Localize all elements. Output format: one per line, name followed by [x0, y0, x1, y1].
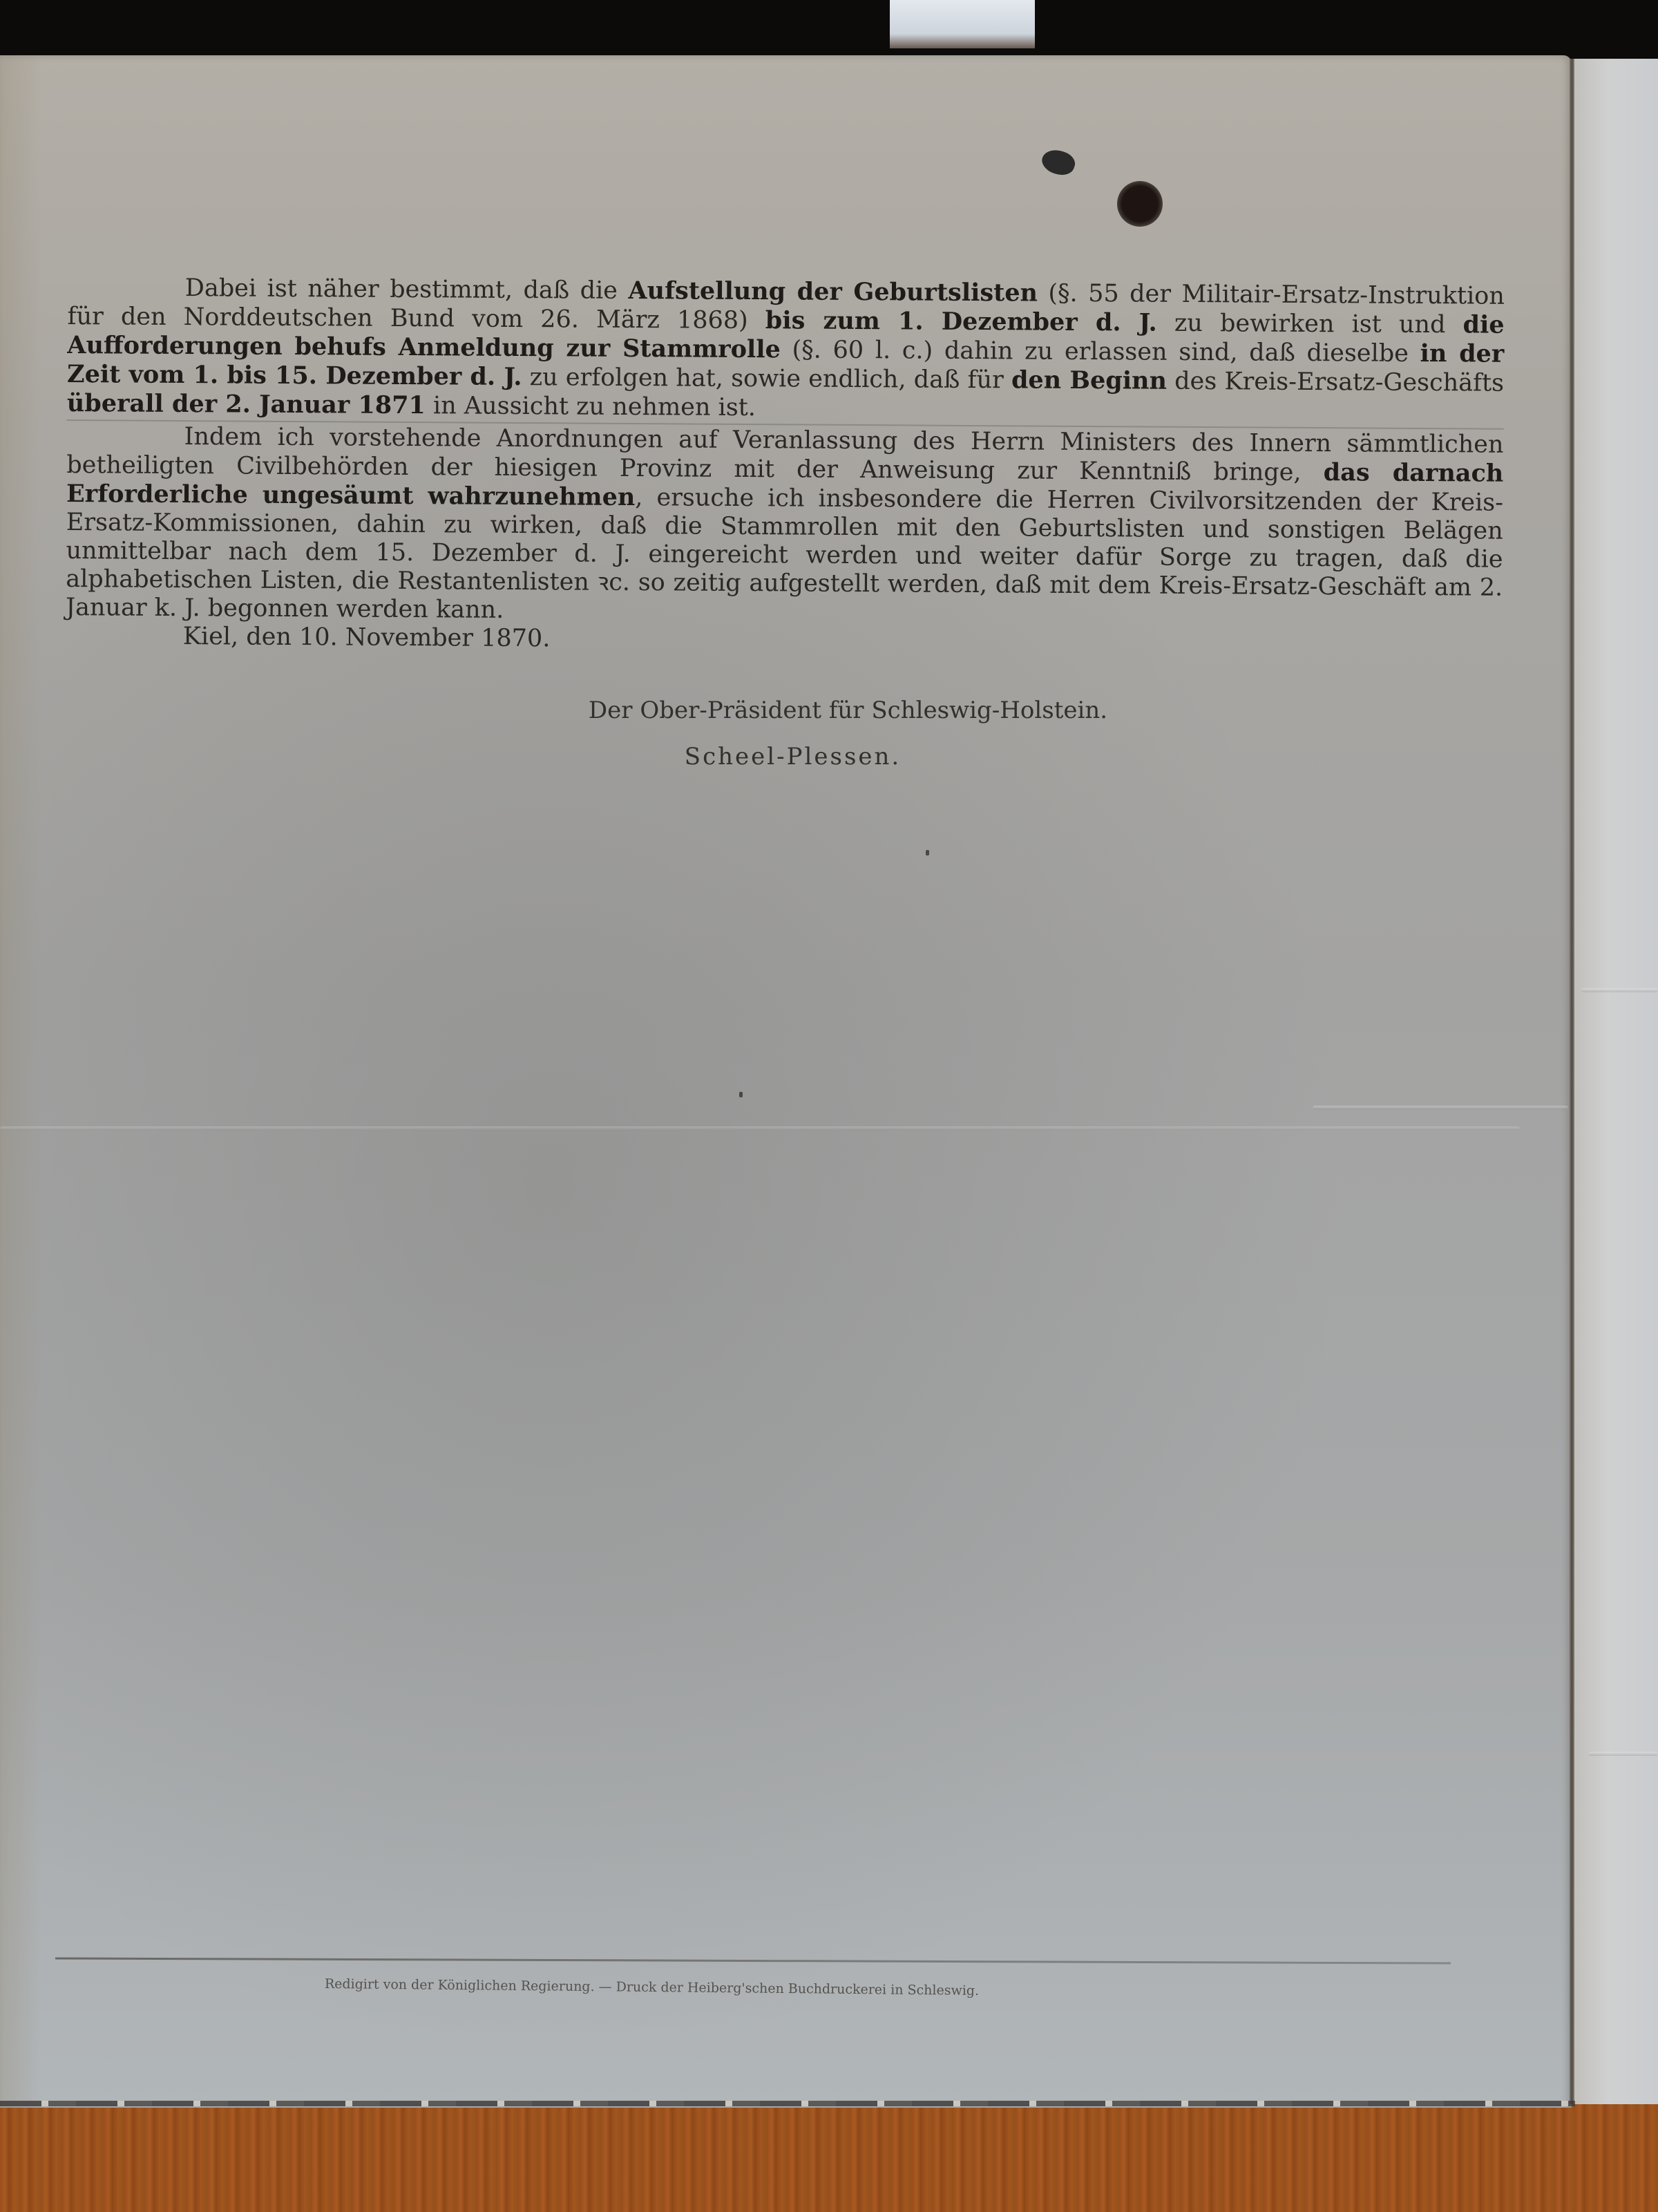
text-run: zu bewirken ist und [1157, 310, 1463, 339]
signature-name: Scheel-Plessen. [0, 743, 1572, 771]
document-page: Dabei ist näher bestimmt, daß die Aufste… [0, 55, 1572, 2108]
text-run: zu erfolgen hat, sowie endlich, daß für [522, 363, 1011, 394]
emphasis-run: den Beginn [1011, 366, 1167, 395]
paper-speck [926, 850, 929, 856]
document-body: Dabei ist näher bestimmt, daß die Aufste… [66, 273, 1505, 659]
background-light-gap [890, 0, 1035, 48]
text-run: in Aussicht zu nehmen ist. [426, 392, 756, 422]
paragraph-birth-lists: Dabei ist näher bestimmt, daß die Aufste… [67, 273, 1505, 427]
signature-title: Der Ober-Präsident für Schleswig-Holstei… [0, 697, 1572, 724]
adjacent-page-edge [1574, 59, 1658, 2104]
paper-fold-line [1588, 1752, 1658, 1756]
paper-fold-line [1313, 1106, 1568, 1110]
dark-background-top [0, 0, 1658, 59]
footer-rule [55, 1957, 1451, 1964]
ink-dot-icon [1117, 181, 1163, 227]
paper-speck [739, 1092, 743, 1097]
text-run: (§. 60 l. c.) dahin zu erlassen sind, da… [781, 336, 1420, 368]
text-run: Indem ich vorstehende Anordnungen auf Ve… [66, 423, 1503, 486]
text-run: Dabei ist näher bestimmt, daß die [185, 274, 629, 305]
text-run: des Kreis-Ersatz-Geschäfts [1167, 368, 1504, 397]
paper-fold-line [0, 1126, 1520, 1131]
page-bottom-edge [0, 2101, 1575, 2106]
printer-imprint: Redigirt von der Königlichen Regierung. … [325, 1976, 1174, 2001]
emphasis-run: bis zum 1. Dezember d. J. [765, 306, 1157, 337]
wooden-table-surface [0, 2104, 1658, 2212]
book-gutter [1570, 59, 1574, 2104]
emphasis-run: Aufstellung der Geburtslisten [628, 276, 1038, 308]
emphasis-run: überall der 2. Januar 1871 [67, 389, 426, 419]
paragraph-instructions: Indem ich vorstehende Anordnungen auf Ve… [66, 422, 1504, 631]
ink-blot-icon [1039, 146, 1078, 178]
paper-fold-line [1581, 988, 1658, 992]
